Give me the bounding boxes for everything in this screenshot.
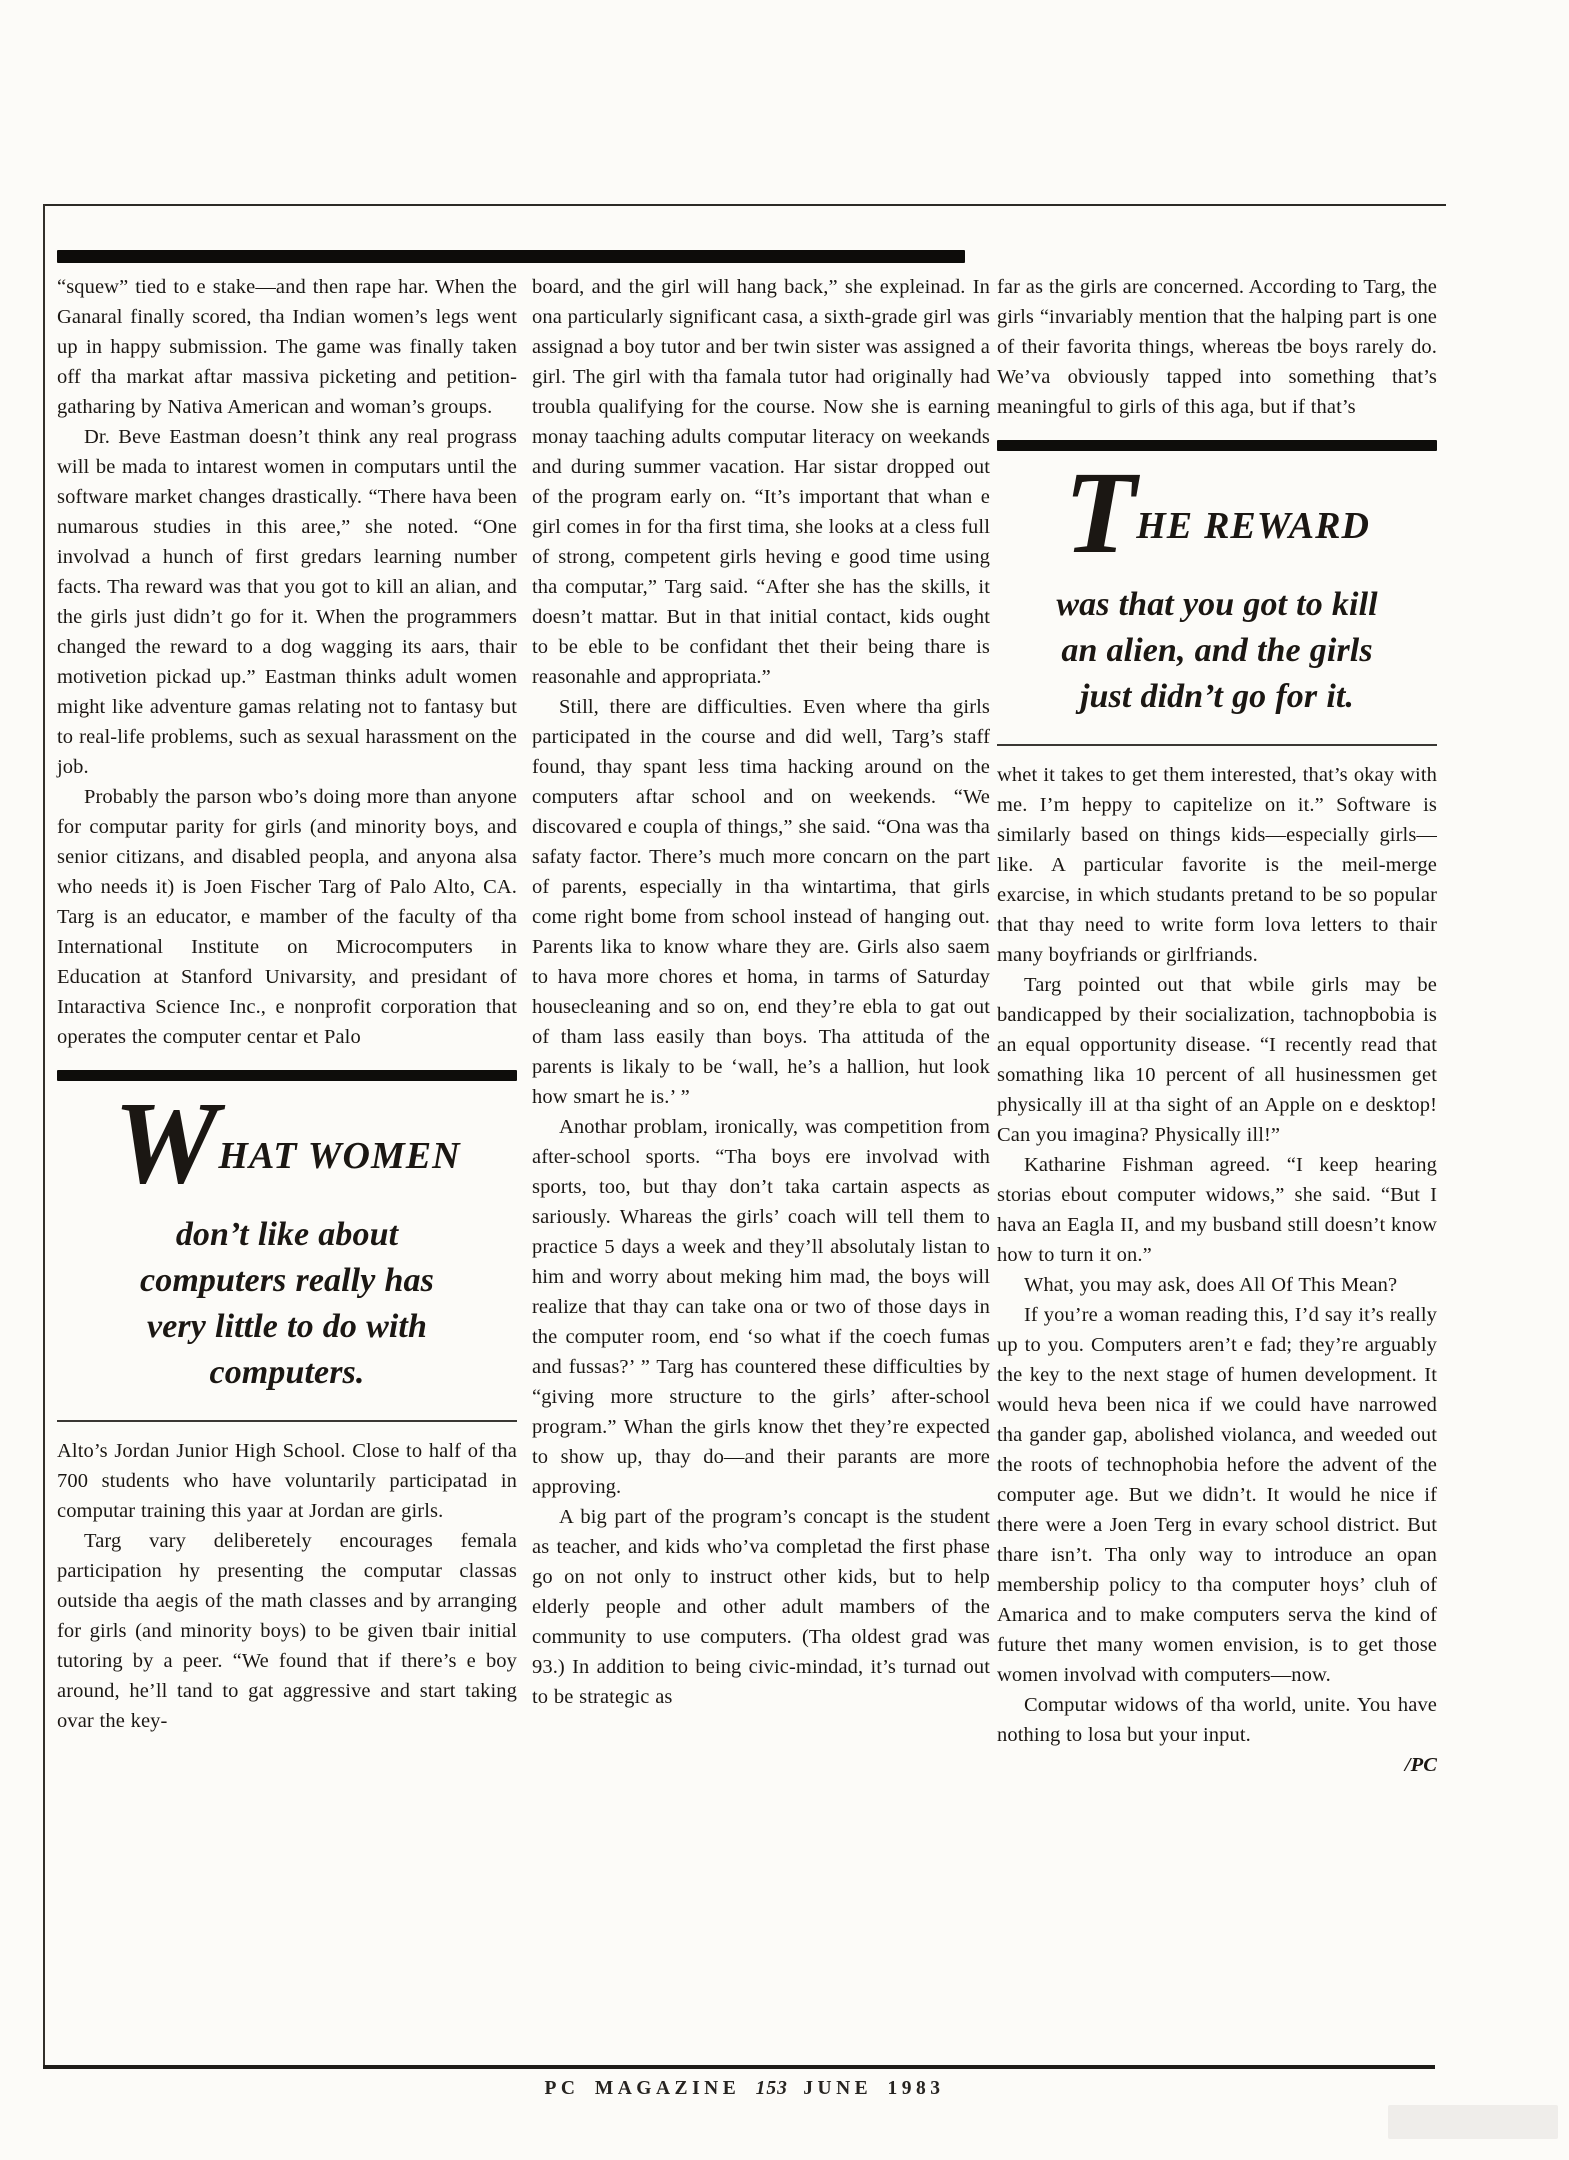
page-frame-left-rule <box>43 204 45 2068</box>
paragraph: Anothar problam, ironically, was competi… <box>532 1112 990 1502</box>
paragraph: Computar widows of tha world, unite. You… <box>997 1690 1437 1750</box>
pullquote-line: computers. <box>57 1350 517 1396</box>
paragraph: whet it takes to get them interested, th… <box>997 760 1437 970</box>
paragraph: Dr. Beve Eastman doesn’t think any real … <box>57 422 517 782</box>
footer-magazine-name: PC MAGAZINE <box>544 2078 740 2099</box>
pullquote-line: computers really has <box>57 1258 517 1304</box>
scan-watermark-smudge <box>1388 2105 1558 2139</box>
pullquote-line: was that you got to kill <box>997 582 1437 628</box>
pullquote-body: WHAT WOMEN don’t like about computers re… <box>57 1101 517 1396</box>
dropcap-t: T <box>1064 447 1133 578</box>
page-footer: PC MAGAZINE 153 JUNE 1983 <box>43 2078 1446 2100</box>
paragraph: far as the girls are concerned. Accordin… <box>997 272 1437 422</box>
column-right: far as the girls are concerned. Accordin… <box>997 272 1437 1780</box>
pullquote-line: just didn’t go for it. <box>997 674 1437 720</box>
footer-issue-date: JUNE 1983 <box>803 2078 944 2099</box>
magazine-page-scan: “squew” tied to e stake—and then rape ha… <box>0 0 1569 2160</box>
column-left: “squew” tied to e stake—and then rape ha… <box>57 272 517 1736</box>
pullquote-rule-thick <box>997 440 1437 451</box>
pullquote-line: very little to do with <box>57 1304 517 1350</box>
pullquote-line: an alien, and the girls <box>997 628 1437 674</box>
footer-page-number: 153 <box>756 2078 788 2099</box>
pullquote-caps: HAT WOMEN <box>218 1135 460 1177</box>
paragraph: If you’re a woman reading this, I’d say … <box>997 1300 1437 1690</box>
paragraph: Still, there are difficulties. Even wher… <box>532 692 990 1112</box>
page-frame-bottom-rule <box>43 2065 1435 2069</box>
pullquote-what-women: WHAT WOMEN don’t like about computers re… <box>57 1070 517 1422</box>
pullquote-body: THE REWARD was that you got to kill an a… <box>997 471 1437 720</box>
paragraph: Katharine Fishman agreed. “I keep hearin… <box>997 1150 1437 1270</box>
paragraph: Targ vary deliberetely encourages femala… <box>57 1526 517 1736</box>
column-middle: board, and the girl will hang back,” she… <box>532 272 990 1712</box>
article-signoff: /PC <box>997 1750 1437 1780</box>
paragraph: What, you may ask, does All Of This Mean… <box>997 1270 1437 1300</box>
pullquote-caps: HE REWARD <box>1136 505 1370 547</box>
pullquote-line: don’t like about <box>57 1212 517 1258</box>
paragraph: Alto’s Jordan Junior High School. Close … <box>57 1436 517 1526</box>
article-header-rule <box>57 250 965 263</box>
pullquote-rule-thin <box>997 744 1437 746</box>
paragraph: “squew” tied to e stake—and then rape ha… <box>57 272 517 422</box>
pullquote-rule-thin <box>57 1420 517 1422</box>
paragraph: Probably the parson wbo’s doing more tha… <box>57 782 517 1052</box>
page-frame-top-rule <box>43 204 1446 206</box>
pullquote-the-reward: THE REWARD was that you got to kill an a… <box>997 440 1437 746</box>
paragraph: A big part of the program’s concapt is t… <box>532 1502 990 1712</box>
dropcap-w: W <box>113 1077 215 1208</box>
paragraph: board, and the girl will hang back,” she… <box>532 272 990 692</box>
paragraph: Targ pointed out that wbile girls may be… <box>997 970 1437 1150</box>
